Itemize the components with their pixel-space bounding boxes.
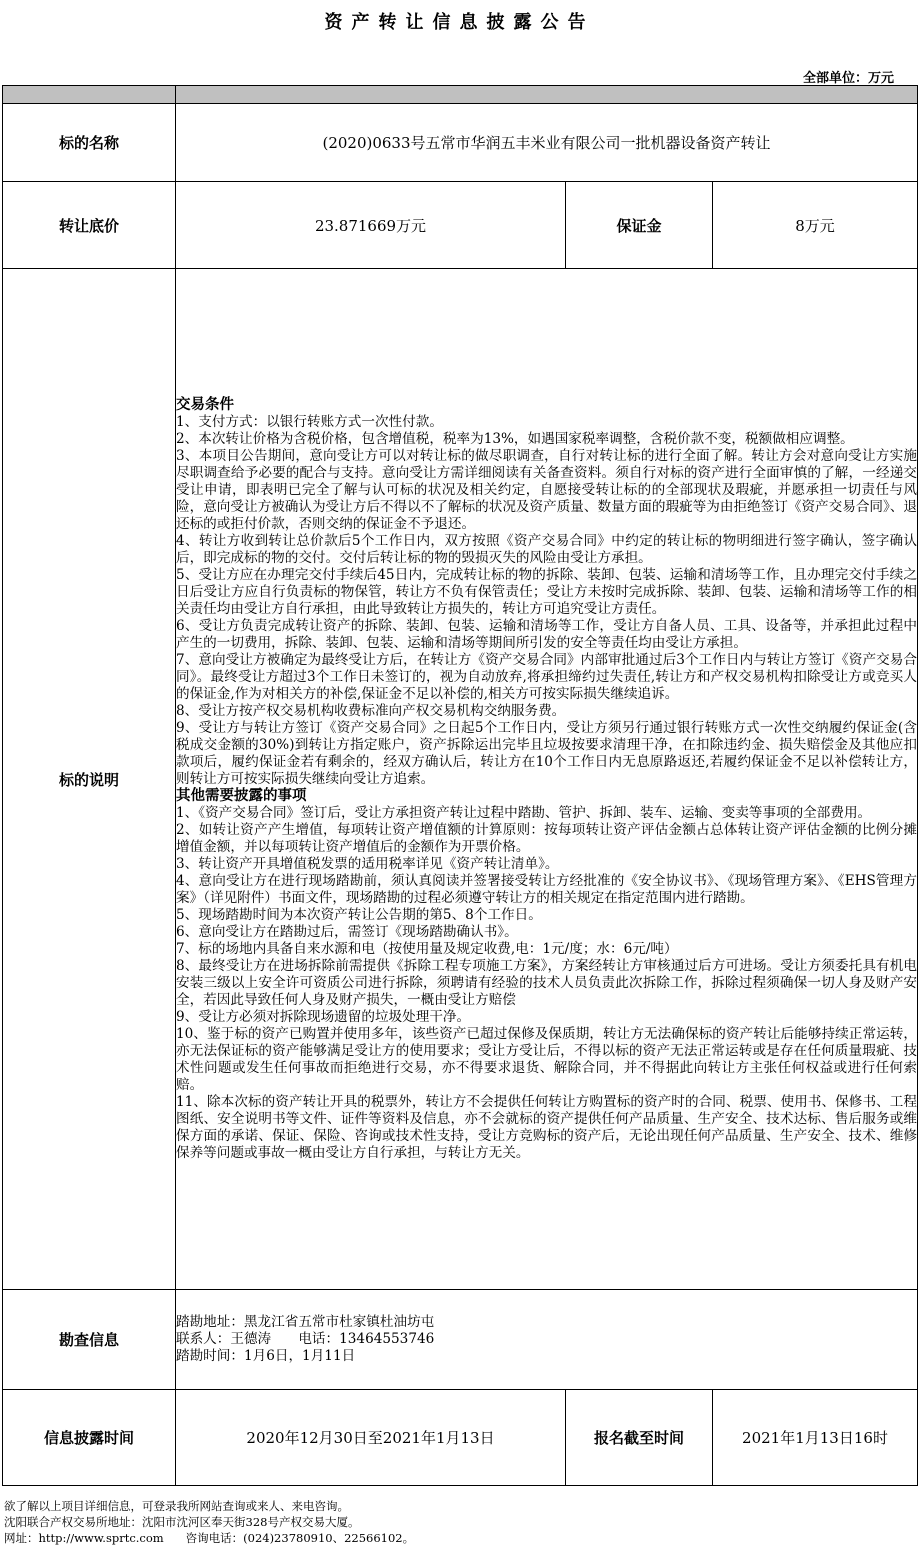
description-label: 标的说明 — [3, 269, 176, 1290]
survey-label: 勘查信息 — [3, 1290, 176, 1390]
trade-condition-item: 2、本次转让价格为含税价格，包含增值税，税率为13%，如遇国家税率调整，含税价款… — [176, 431, 917, 448]
header-cell-right — [176, 86, 918, 104]
trade-condition-item: 6、受让方负责完成转让资产的拆除、装卸、包装、运输和清场等工作，受让方自备人员、… — [176, 618, 917, 652]
reserve-price-value: 23.871669万元 — [176, 182, 566, 269]
reserve-price-label: 转让底价 — [3, 182, 176, 269]
section-heading-other-disclosures: 其他需要披露的事项 — [176, 788, 917, 805]
disclosure-item: 1、《资产交易合同》签订后，受让方承担资产转让过程中踏勘、管护、拆卸、装车、运输… — [176, 805, 917, 822]
footer-inquiry-note: 欲了解以上项目详细信息，可登录我所网站查询或来人、来电咨询。 — [4, 1498, 414, 1514]
survey-contact: 联系人：王德涛 电话：13464553746 — [176, 1331, 917, 1348]
trade-condition-item: 1、支付方式：以银行转账方式一次性付款。 — [176, 414, 917, 431]
footer-notes: 欲了解以上项目详细信息，可登录我所网站查询或来人、来电咨询。 沈阳联合产权交易所… — [4, 1498, 414, 1546]
trade-condition-item: 8、受让方按产权交易机构收费标准向产权交易机构交纳服务费。 — [176, 703, 917, 720]
header-row — [3, 86, 918, 104]
description-content: 交易条件 1、支付方式：以银行转账方式一次性付款。 2、本次转让价格为含税价格，… — [176, 269, 918, 1290]
footer-website-phone: 网址：http://www.sprtc.com 咨询电话：(024)237809… — [4, 1530, 414, 1546]
disclosure-item: 9、受让方必须对拆除现场遗留的垃圾处理干净。 — [176, 1009, 917, 1026]
deposit-label: 保证金 — [566, 182, 713, 269]
disclosure-item: 6、意向受让方在踏勘过后，需签订《现场踏勘确认书》。 — [176, 924, 917, 941]
row-disclosure-time: 信息披露时间 2020年12月30日至2021年1月13日 报名截至时间 202… — [3, 1390, 918, 1486]
page-title: 资产转让信息披露公告 — [0, 8, 919, 34]
trade-condition-item: 9、受让方与转让方签订《资产交易合同》之日起5个工作日内，受让方须另行通过银行转… — [176, 720, 917, 788]
subject-name-label: 标的名称 — [3, 104, 176, 182]
disclosure-item: 3、转让资产开具增值税发票的适用税率详见《资产转让清单》。 — [176, 856, 917, 873]
disclosure-time-value: 2020年12月30日至2021年1月13日 — [176, 1390, 566, 1486]
header-cell-left — [3, 86, 176, 104]
unit-note: 全部单位：万元 — [803, 67, 894, 86]
footer-exchange-address: 沈阳联合产权交易所地址：沈阳市沈河区奉天街328号产权交易大厦。 — [4, 1514, 414, 1530]
row-subject-name: 标的名称 (2020)0633号五常市华润五丰米业有限公司一批机器设备资产转让 — [3, 104, 918, 182]
disclosure-item: 5、现场踏勘时间为本次资产转让公告期的第5、8个工作日。 — [176, 907, 917, 924]
row-description: 标的说明 交易条件 1、支付方式：以银行转账方式一次性付款。 2、本次转让价格为… — [3, 269, 918, 1290]
survey-content: 踏勘地址：黑龙江省五常市杜家镇杜油坊屯 联系人：王德涛 电话：134645537… — [176, 1290, 918, 1390]
trade-condition-item: 7、意向受让方被确定为最终受让方后，在转让方《资产交易合同》内部审批通过后3个工… — [176, 652, 917, 703]
trade-condition-item: 3、本项目公告期间，意向受让方可以对转让标的做尽职调查，自行对转让标的进行全面了… — [176, 448, 917, 533]
announcement-table: 标的名称 (2020)0633号五常市华润五丰米业有限公司一批机器设备资产转让 … — [2, 85, 918, 1486]
deposit-value: 8万元 — [713, 182, 918, 269]
disclosure-item: 2、如转让资产产生增值，每项转让资产增值额的计算原则：按每项转让资产评估金额占总… — [176, 822, 917, 856]
survey-time: 踏勘时间：1月6日，1月11日 — [176, 1348, 917, 1365]
disclosure-item: 8、最终受让方在进场拆除前需提供《拆除工程专项施工方案》，方案经转让方审核通过后… — [176, 958, 917, 1009]
registration-deadline-value: 2021年1月13日16时 — [713, 1390, 918, 1486]
disclosure-item: 11、除本次标的资产转让开具的税票外，转让方不会提供任何转让方购置标的资产时的合… — [176, 1094, 917, 1162]
trade-condition-item: 4、转让方收到转让总价款后5个工作日内，双方按照《资产交易合同》中约定的转让标的… — [176, 533, 917, 567]
trade-condition-item: 5、受让方应在办理完交付手续后45日内，完成转让标的物的拆除、装卸、包装、运输和… — [176, 567, 917, 618]
disclosure-item: 10、鉴于标的资产已购置并使用多年，该些资产已超过保修及保质期，转让方无法确保标… — [176, 1026, 917, 1094]
row-survey: 勘查信息 踏勘地址：黑龙江省五常市杜家镇杜油坊屯 联系人：王德涛 电话：1346… — [3, 1290, 918, 1390]
registration-deadline-label: 报名截至时间 — [566, 1390, 713, 1486]
row-price: 转让底价 23.871669万元 保证金 8万元 — [3, 182, 918, 269]
disclosure-item: 7、标的场地内具备自来水源和电（按使用量及规定收费,电：1元/度；水：6元/吨） — [176, 941, 917, 958]
survey-address: 踏勘地址：黑龙江省五常市杜家镇杜油坊屯 — [176, 1314, 917, 1331]
section-heading-trade-conditions: 交易条件 — [176, 397, 917, 414]
subject-name-value: (2020)0633号五常市华润五丰米业有限公司一批机器设备资产转让 — [176, 104, 918, 182]
disclosure-time-label: 信息披露时间 — [3, 1390, 176, 1486]
disclosure-item: 4、意向受让方在进行现场踏勘前，须认真阅读并签署接受转让方经批准的《安全协议书》… — [176, 873, 917, 907]
